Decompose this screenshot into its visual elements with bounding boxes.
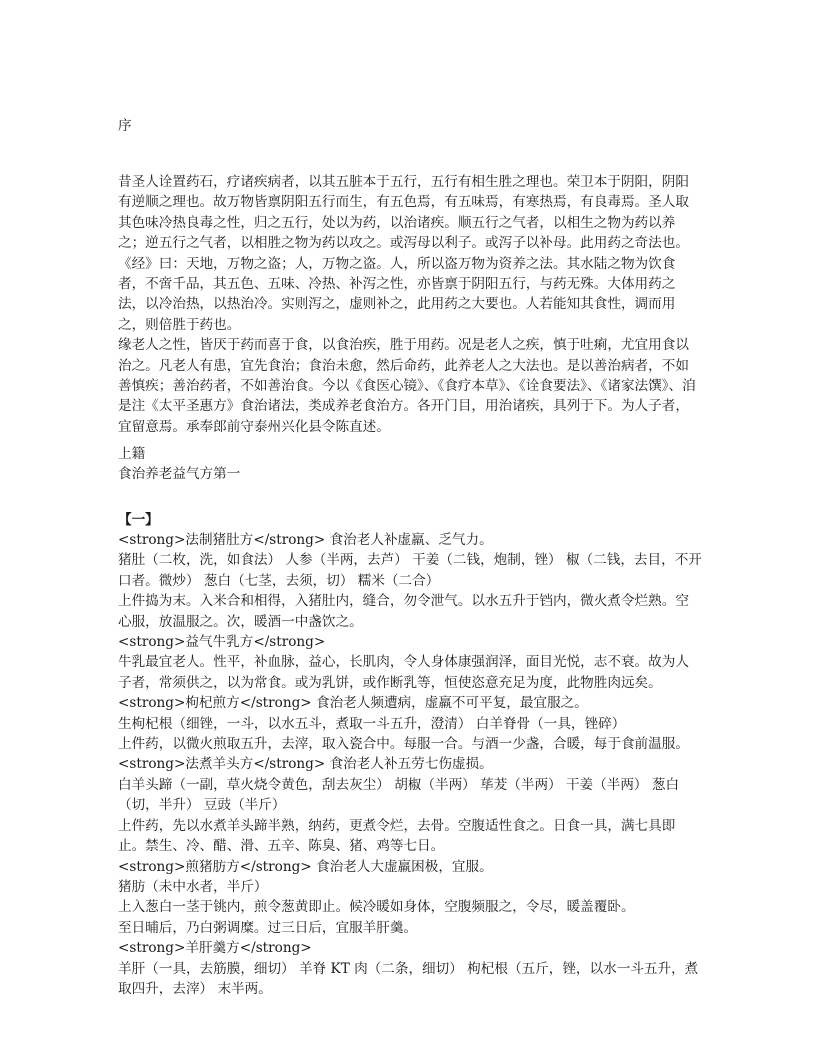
recipe-ingredients: 生枸杞根（细锉，一斗，以水五斗，煮取一斗五升，澄清） 白羊脊骨（一具，锉碎） [118,714,702,734]
recipe-title: <strong>法制猪肚方</strong> 食治老人补虚羸、乏气力。 [118,530,702,550]
recipe-method: 上入葱白一茎于铫内，煎令葱黄即止。候冷暖如身体，空腹频服之，令尽，暖盖覆卧。 [118,897,702,917]
recipe-title: <strong>枸杞煎方</strong> 食治老人频遭病，虚羸不可平复，最宜服… [118,693,702,713]
recipe-method: 上件药，先以水煮羊头蹄半熟，纳药，更煮令烂，去骨。空腹适性食之。日食一具，满七具… [118,816,702,857]
preface-paragraph: 昔圣人诠置药石，疗诸疾病者，以其五脏本于五行，五行有相生胜之理也。荣卫本于阴阳，… [118,172,702,254]
recipe-title: <strong>法煮羊头方</strong> 食治老人补五劳七伤虚损。 [118,754,702,774]
recipe-title: <strong>益气牛乳方</strong> [118,632,702,652]
chapter-title: 食治养老益气方第一 [118,464,240,484]
recipe-ingredients: 白羊头蹄（一副，草火烧令黄色，刮去灰尘） 胡椒（半两） 荜茇（半两） 干姜（半两… [118,775,702,816]
section-heading: 【一】 [118,510,159,530]
preface-title: 序 [118,116,132,136]
recipe-method: 至日晡后，乃白粥调糜。过三日后，宜服羊肝羹。 [118,918,702,938]
recipe-method: 上件捣为末。入米合和相得，入猪肚内，缝合，勿令泄气。以水五升于铛内，微火煮令烂熟… [118,591,702,632]
volume-label: 上籍 [118,444,240,464]
preface-paragraph: 缘老人之性，皆厌于药而喜于食，以食治疾，胜于用药。况是老人之疾，慎于吐痢，尤宜用… [118,335,702,437]
recipe-description: 牛乳最宜老人。性平，补血脉，益心，长肌肉，令人身体康强润泽，面目光悦，志不衰。故… [118,652,702,693]
recipe-method: 上件药，以微火煎取五升，去滓，取入瓷合中。每服一合。与酒一少盏，合暖，每于食前温… [118,734,702,754]
preface-body: 昔圣人诠置药石，疗诸疾病者，以其五脏本于五行，五行有相生胜之理也。荣卫本于阴阳，… [118,172,702,437]
volume-header: 上籍 食治养老益气方第一 [118,444,240,485]
recipe-title: <strong>煎猪肪方</strong> 食治老人大虚羸困极，宜服。 [118,857,702,877]
recipe-ingredients: 羊肝（一具，去筋膜，细切） 羊脊 KT 肉（二条，细切） 枸杞根（五斤，锉，以水… [118,959,702,1000]
recipe-title: <strong>羊肝羹方</strong> [118,938,702,958]
recipe-list: <strong>法制猪肚方</strong> 食治老人补虚羸、乏气力。 猪肚（二… [118,530,702,999]
recipe-ingredients: 猪肚（二枚，洗，如食法） 人参（半两，去芦） 干姜（二钱，炮制，锉） 椒（二钱，… [118,550,702,591]
preface-paragraph: 《经》曰：天地，万物之盗；人，万物之盗。人，所以盗万物为资养之法。其水陆之物为饮… [118,254,702,336]
recipe-ingredients: 猪肪（未中水者，半斤） [118,877,702,897]
